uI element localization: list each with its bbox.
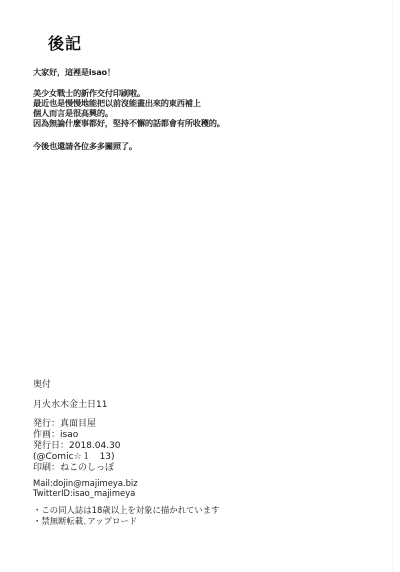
document-page: 後記 大家好，這裡是isao！ 美少女戰士的新作交付印刷啦。 最近也是慢慢地能把…: [0, 0, 400, 572]
afterword-greeting: 大家好，這裡是isao！: [33, 67, 115, 77]
colophon-publisher: 発行：真面目屋: [33, 419, 96, 430]
colophon-artist: 作画：isao: [33, 430, 78, 441]
afterword-paragraph-line-3: 個人而言是很高興的。: [33, 108, 113, 118]
notice-age-restriction: ・この同人誌は18歳以上を対象に描かれています: [33, 505, 220, 515]
page-edge-divider: [392, 0, 393, 572]
afterword-closing: 今後也還請各位多多關照了。: [33, 141, 137, 151]
contact-mail: Mail:dojin@majimeya.biz: [33, 478, 138, 488]
afterword-paragraph-line-4: 因為無論什麼事都好，堅持不懈的話都會有所收穫的。: [33, 118, 225, 128]
colophon-book-title: 月火水木金土日11: [33, 400, 107, 411]
afterword-paragraph-line-2: 最近也是慢慢地能把以前沒能畫出來的東西補上: [33, 98, 201, 108]
colophon-release-date: 発行日：2018.04.30: [33, 441, 121, 452]
colophon-printer: 印刷：ねこのしっぽ: [33, 463, 114, 474]
colophon-event: (@Comic☆１ 13): [33, 452, 115, 463]
colophon-heading: 奥付: [33, 380, 51, 391]
afterword-paragraph-line-1: 美少女戰士的新作交付印刷啦。: [33, 88, 145, 98]
notice-no-reproduction: ・禁無断転載､アップロード: [33, 516, 137, 526]
afterword-title: 後記: [48, 35, 82, 53]
contact-twitter: TwitterID:isao_majimeya: [33, 488, 135, 498]
